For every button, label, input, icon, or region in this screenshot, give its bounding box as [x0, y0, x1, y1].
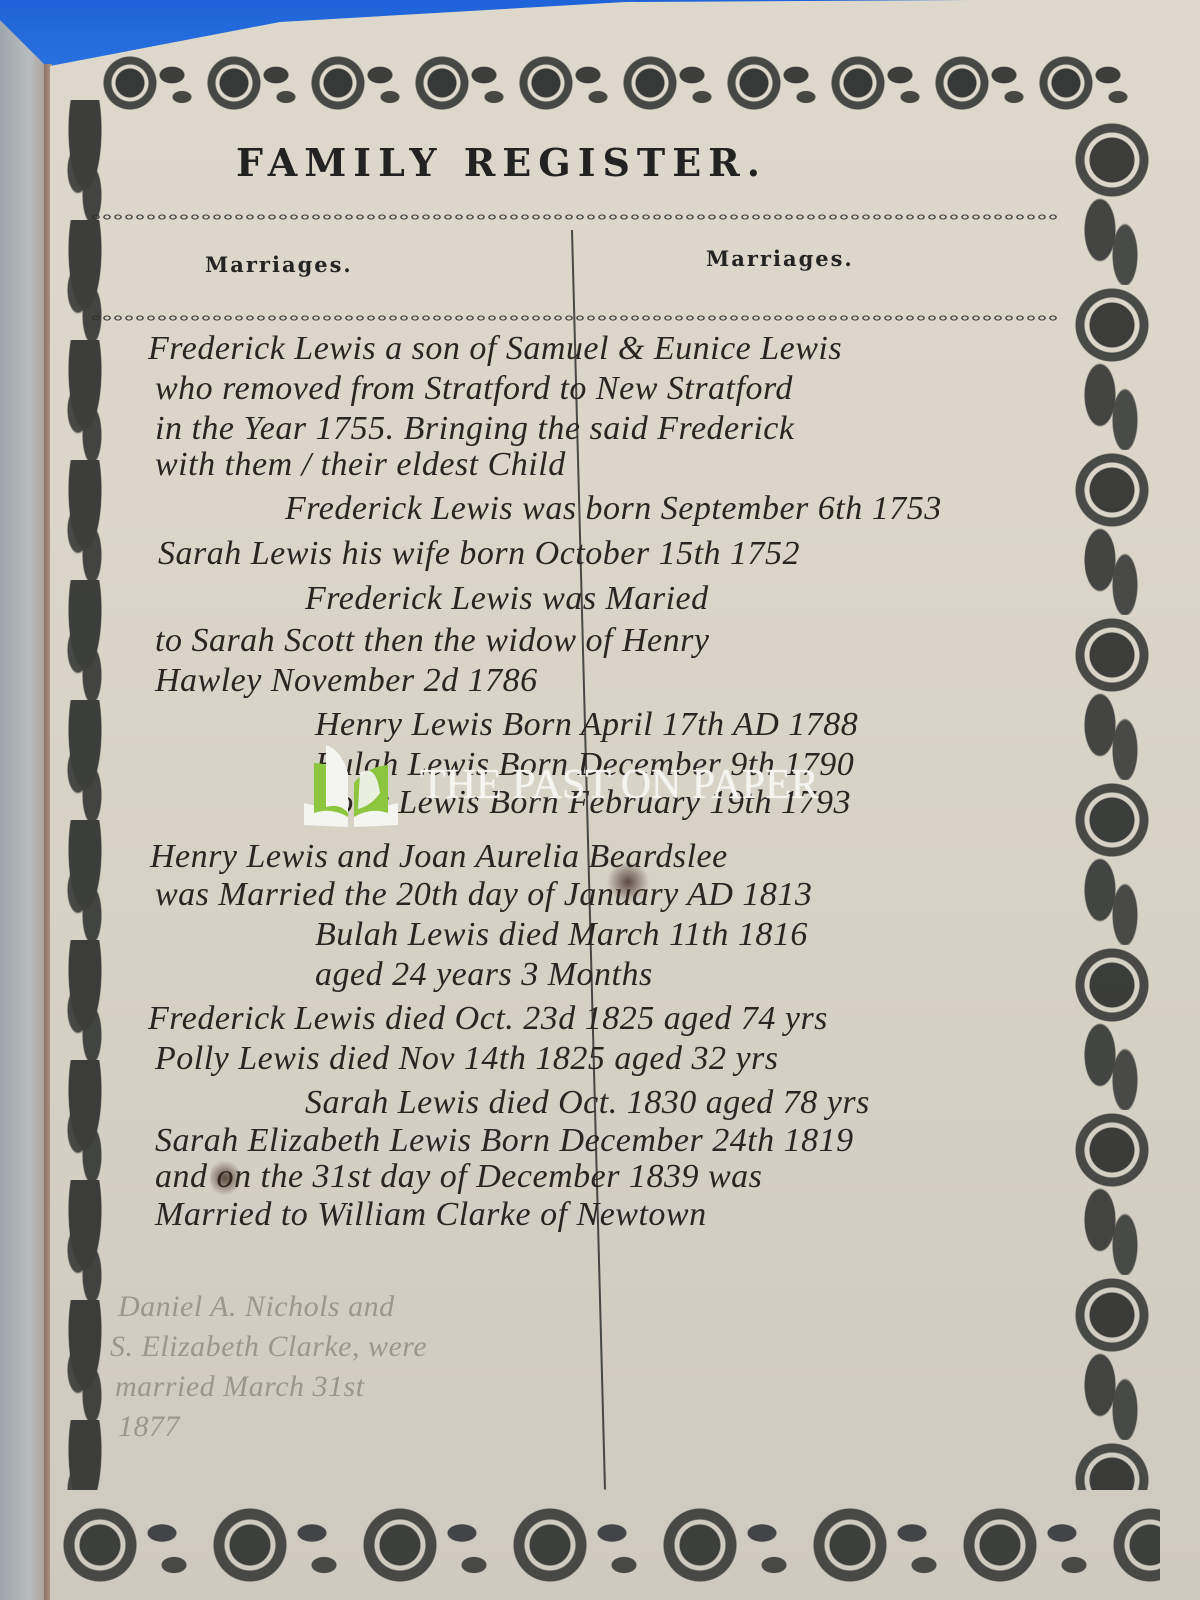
entry-line: Henry Lewis Born April 17th AD 1788	[315, 706, 858, 744]
column-heading-right: Marriages.	[706, 246, 854, 271]
entry-line: to Sarah Scott then the widow of Henry	[155, 622, 709, 660]
pencil-line: married March 31st	[115, 1370, 365, 1404]
entry-line: in the Year 1755. Bringing the said Fred…	[155, 410, 794, 448]
pencil-line: S. Elizabeth Clarke, were	[110, 1330, 427, 1364]
chain-rule-top	[90, 213, 1058, 221]
ink-blot	[210, 1158, 240, 1198]
entry-line: and on the 31st day of December 1839 was	[155, 1158, 762, 1196]
watermark-text: THE PAST ON PAPER	[420, 761, 819, 809]
entry-line: who removed from Stratford to New Stratf…	[155, 370, 793, 408]
floral-border-right	[1070, 120, 1155, 1490]
entry-line: Hawley November 2d 1786	[155, 662, 538, 700]
entry-line: Married to William Clarke of Newtown	[155, 1196, 707, 1234]
pencil-line: Daniel A. Nichols and	[118, 1290, 395, 1324]
entry-line: aged 24 years 3 Months	[315, 956, 653, 994]
floral-border-top	[100, 45, 1135, 123]
pencil-line: 1877	[118, 1410, 180, 1444]
watermark: THE PAST ON PAPER	[296, 742, 896, 828]
entry-line: with them / their eldest Child	[155, 446, 566, 484]
entry-line: Sarah Elizabeth Lewis Born December 24th…	[155, 1122, 854, 1160]
facing-page-edge	[0, 0, 50, 1600]
entry-line: Sarah Lewis died Oct. 1830 aged 78 yrs	[305, 1084, 870, 1122]
entry-line: was Married the 20th day of January AD 1…	[155, 876, 812, 914]
page-title: FAMILY REGISTER.	[236, 140, 916, 185]
entry-line: Frederick Lewis was born September 6th 1…	[285, 490, 942, 528]
entry-line: Frederick Lewis a son of Samuel & Eunice…	[148, 330, 842, 368]
entry-line: Polly Lewis died Nov 14th 1825 aged 32 y…	[155, 1040, 779, 1078]
ink-blot	[605, 862, 651, 902]
entry-line: Frederick Lewis died Oct. 23d 1825 aged …	[148, 1000, 828, 1038]
entry-line: Bulah Lewis died March 11th 1816	[315, 916, 808, 954]
open-book-leaf-icon	[296, 743, 406, 827]
entry-line: Frederick Lewis was Maried	[305, 580, 709, 618]
entry-line: Sarah Lewis his wife born October 15th 1…	[158, 535, 800, 573]
floral-border-left	[60, 100, 110, 1490]
column-heading-left: Marriages.	[205, 252, 353, 277]
floral-border-bottom	[50, 1485, 1160, 1600]
